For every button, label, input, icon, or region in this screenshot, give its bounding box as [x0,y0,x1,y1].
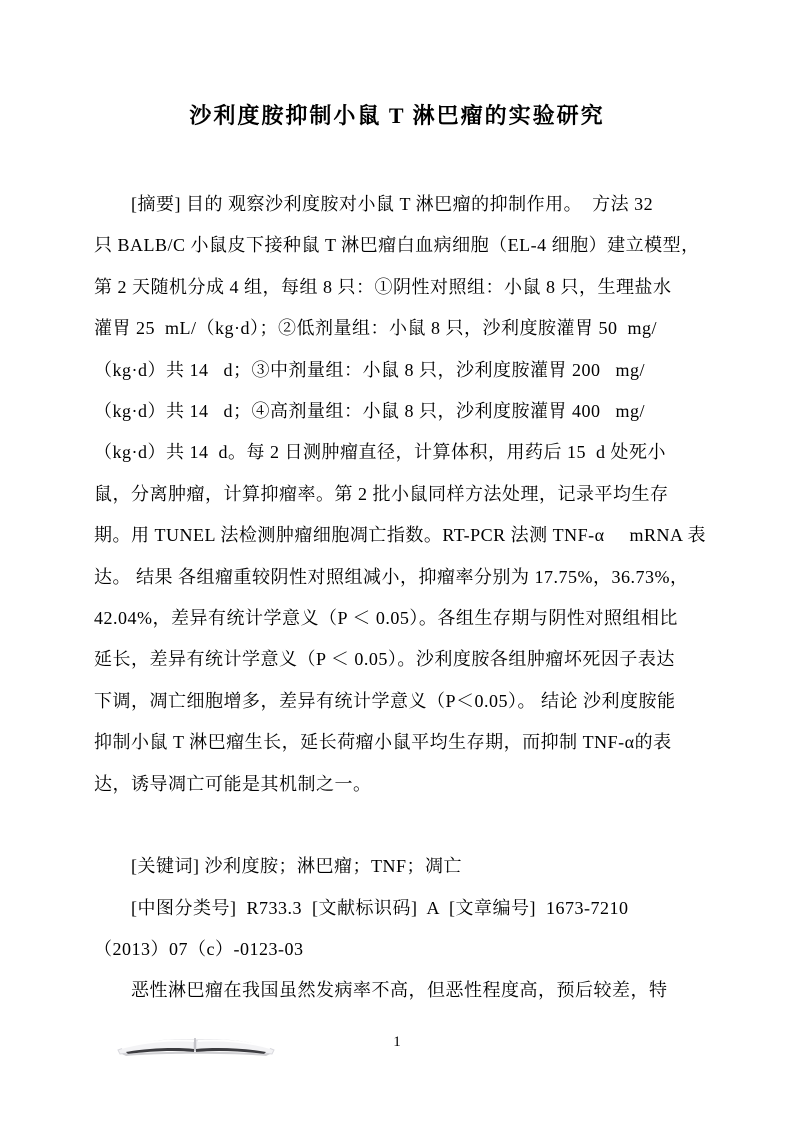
abstract-text-line: [摘要] 目的 观察沙利度胺对小鼠 T 淋巴瘤的抑制作用。 方法 32 [94,184,700,225]
abstract-text-line: 鼠，分离肿瘤，计算抑瘤率。第 2 批小鼠同样方法处理，记录平均生存 [94,474,700,515]
abstract-text-line: 延长，差异有统计学意义（P ＜ 0.05）。沙利度胺各组肿瘤坏死因子表达 [94,639,700,680]
keywords-text-line: [关键词] 沙利度胺；淋巴瘤；TNF；凋亡 [94,846,700,887]
classification-text-line: [中图分类号] R733.3 [文献标识码] A [文章编号] 1673-721… [94,888,700,929]
classification-text-line: （2013）07（c）-0123-03 [94,929,700,970]
intro-text-line: 恶性淋巴瘤在我国虽然发病率不高，但恶性程度高，预后较差，特 [94,970,700,1011]
keywords-section: [关键词] 沙利度胺；淋巴瘤；TNF；凋亡 [94,846,700,887]
abstract-text-line: 期。用 TUNEL 法检测肿瘤细胞凋亡指数。RT-PCR 法测 TNF-α mR… [94,515,700,556]
abstract-text-line: （kg·d）共 14 d；④高剂量组：小鼠 8 只，沙利度胺灌胃 400 mg/ [94,391,700,432]
page-number: 1 [0,1031,794,1053]
abstract-text-line: 第 2 天随机分成 4 组，每组 8 只：①阴性对照组：小鼠 8 只，生理盐水 [94,267,700,308]
abstract-text-line: 抑制小鼠 T 淋巴瘤生长，延长荷瘤小鼠平均生存期，而抑制 TNF-α的表 [94,722,700,763]
abstract-text-line: 达，诱导凋亡可能是其机制之一。 [94,764,700,805]
abstract-text-line: 灌胃 25 mL/（kg·d）；②低剂量组：小鼠 8 只，沙利度胺灌胃 50 m… [94,308,700,349]
page-title: 沙利度胺抑制小鼠 T 淋巴瘤的实验研究 [60,96,734,136]
document-page: 沙利度胺抑制小鼠 T 淋巴瘤的实验研究 [摘要] 目的 观察沙利度胺对小鼠 T … [0,0,794,1123]
abstract-text-line: （kg·d）共 14 d；③中剂量组：小鼠 8 只，沙利度胺灌胃 200 mg/ [94,350,700,391]
abstract-text-line: 达。 结果 各组瘤重较阴性对照组减小，抑瘤率分别为 17.75%，36.73%， [94,557,700,598]
abstract-text-line: 只 BALB/C 小鼠皮下接种鼠 T 淋巴瘤白血病细胞（EL-4 细胞）建立模型… [94,225,700,266]
abstract-section: [摘要] 目的 观察沙利度胺对小鼠 T 淋巴瘤的抑制作用。 方法 32只 BAL… [94,184,700,805]
classification-section: [中图分类号] R733.3 [文献标识码] A [文章编号] 1673-721… [94,888,700,971]
abstract-text-line: 42.04%，差异有统计学意义（P ＜ 0.05）。各组生存期与阴性对照组相比 [94,598,700,639]
intro-section: 恶性淋巴瘤在我国虽然发病率不高，但恶性程度高，预后较差，特 [94,970,700,1011]
abstract-text-line: （kg·d）共 14 d。每 2 日测肿瘤直径，计算体积，用药后 15 d 处死… [94,432,700,473]
abstract-text-line: 下调，凋亡细胞增多，差异有统计学意义（P＜0.05）。 结论 沙利度胺能 [94,681,700,722]
